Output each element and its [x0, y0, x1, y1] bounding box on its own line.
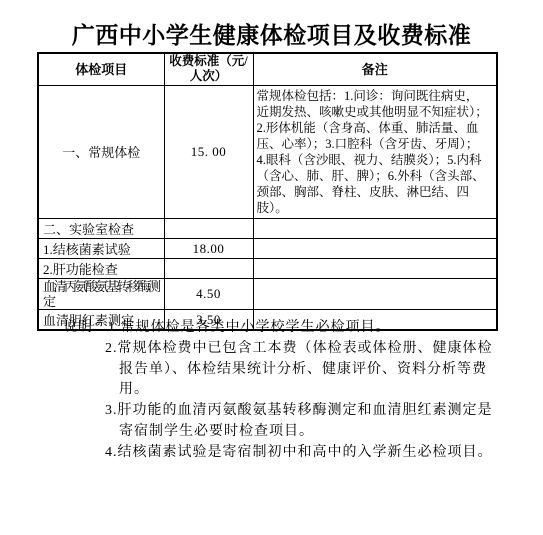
table-row-liver-function: 2.肝功能检查 [38, 259, 497, 279]
note-line: 说明：1.常规体检是各类中小学校学生必检项目。 [0, 318, 543, 339]
remark-line: 4.眼科（含沙眼、视力、结膜炎）；5.内科 [257, 152, 494, 168]
note-line: 3.肝功能的血清丙氨酸氨基转移酶测定和血清胆红素测定是 [0, 401, 543, 422]
item-cell: 二、实验室检查 [38, 219, 164, 239]
remark-line: （含心、肺、肝、脾）；6.外科（含头部、 [257, 168, 494, 184]
table-row-alt-test: 血清丙氨酸氨基转移酶测定 4.50 [38, 279, 497, 310]
fee-cell: 15. 00 [164, 85, 253, 219]
remark-line: 压、心率）；3.口腔科（含牙齿、牙周）； [257, 136, 494, 152]
fee-cell: 18.00 [164, 239, 253, 259]
column-header-remark: 备注 [253, 53, 497, 85]
item-cell: 一、常规体检 [38, 85, 164, 219]
remark-cell [253, 219, 497, 239]
note-line: 报告单）、体检结果统计分析、健康评价、资料分析等费 [0, 360, 543, 381]
note-line: 寄宿制学生必要时检查项目。 [0, 422, 543, 443]
fee-cell: 4.50 [164, 279, 253, 310]
note-line: 用。 [0, 380, 543, 401]
column-header-item: 体检项目 [38, 53, 164, 85]
remark-cell: 常规体检包括：1.问诊：询问既往病史， 近期发热、咳嗽史或其他明显不知症状）； … [253, 85, 497, 219]
item-cell: 1.结核菌素试验 [38, 239, 164, 259]
item-cell: 血清丙氨酸氨基转移酶测定 [38, 279, 164, 310]
column-header-fee: 收费标准（元/人次） [164, 53, 253, 85]
notes-section: 说明：1.常规体检是各类中小学校学生必检项目。 2.常规体检费中已包含工本费（体… [0, 318, 543, 464]
item-cell: 2.肝功能检查 [38, 259, 164, 279]
remark-cell [253, 239, 497, 259]
fee-cell [164, 259, 253, 279]
remark-line: 2.形体机能（含身高、体重、肺活量、血 [257, 120, 494, 136]
remark-cell [253, 279, 497, 310]
remark-cell [253, 259, 497, 279]
table-row-tuberculin-test: 1.结核菌素试验 18.00 [38, 239, 497, 259]
remark-line: 近期发热、咳嗽史或其他明显不知症状）； [257, 104, 494, 120]
document-page: 广西中小学生健康体检项目及收费标准 体检项目 收费标准（元/人次） 备注 一、常… [0, 0, 543, 535]
table-row-lab-section: 二、实验室检查 [38, 219, 497, 239]
remark-line: 常规体检包括：1.问诊：询问既往病史， [257, 88, 494, 104]
page-title: 广西中小学生健康体检项目及收费标准 [0, 17, 543, 50]
remark-line: 颈部、胸部、脊柱、皮肤、淋巴结、四 [257, 184, 494, 200]
fee-standard-table: 体检项目 收费标准（元/人次） 备注 一、常规体检 15. 00 常规体检包括：… [37, 52, 498, 331]
note-line: 2.常规体检费中已包含工本费（体检表或体检册、健康体检 [0, 339, 543, 360]
remark-line: 肢）。 [257, 200, 494, 216]
table-header-row: 体检项目 收费标准（元/人次） 备注 [38, 53, 497, 85]
fee-cell [164, 219, 253, 239]
note-line: 4.结核菌素试验是寄宿制初中和高中的入学新生必检项目。 [0, 443, 543, 464]
table-row-regular-checkup: 一、常规体检 15. 00 常规体检包括：1.问诊：询问既往病史， 近期发热、咳… [38, 85, 497, 219]
